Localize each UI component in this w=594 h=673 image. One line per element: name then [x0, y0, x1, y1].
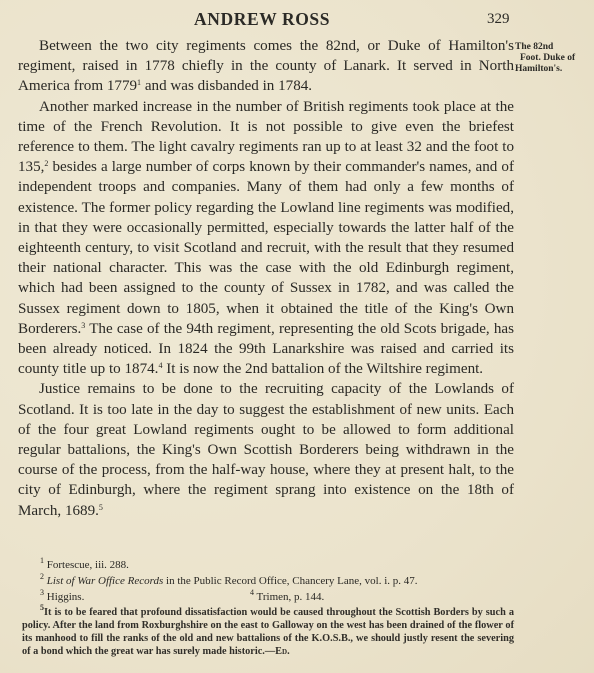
footnote-text: Higgins.: [44, 591, 84, 603]
body-text: Between the two city regiments comes the…: [18, 36, 514, 521]
footnote-3: 3 Higgins.: [40, 589, 84, 605]
footnote-text: in the Public Record Office, Chancery La…: [163, 575, 417, 587]
paragraph: Justice remains to be done to the recrui…: [18, 379, 514, 520]
footnote-text: Trimen, p. 144.: [254, 591, 324, 603]
footnote-row-3-4: 3 Higgins. 4 Trimen, p. 144.: [22, 589, 514, 605]
text-run: and was disbanded in 1784.: [141, 78, 312, 94]
footnote-1: 1 Fortescue, iii. 288.: [22, 557, 514, 573]
paragraph: Another marked increase in the number of…: [18, 97, 514, 380]
footnotes: 1 Fortescue, iii. 288. 2 List of War Off…: [22, 557, 514, 658]
footnote-text: It is to be feared that profound dissati…: [22, 607, 514, 657]
text-run: Justice remains to be done to the recrui…: [18, 381, 514, 518]
running-head-title: ANDREW ROSS: [194, 9, 330, 30]
page-number: 329: [487, 11, 510, 28]
running-head: ANDREW ROSS 329: [0, 6, 594, 30]
editor-signature: Ed.: [275, 646, 290, 657]
footnote-ref[interactable]: 5: [99, 503, 103, 512]
footnote-4: 4 Trimen, p. 144.: [250, 589, 324, 605]
margin-note-line: Hamilton's.: [515, 64, 593, 75]
footnote-2: 2 List of War Office Records in the Publ…: [22, 573, 514, 589]
paragraph: Between the two city regiments comes the…: [18, 36, 514, 97]
margin-note: The 82nd Foot. Duke of Hamilton's.: [515, 42, 593, 75]
text-run: It is now the 2nd battalion of the Wilts…: [162, 361, 483, 377]
margin-note-line: The 82nd: [515, 42, 593, 53]
footnote-italic-title: List of War Office Records: [47, 575, 164, 587]
footnote-5: 5It is to be feared that profound dissat…: [22, 606, 514, 658]
footnote-text: Fortescue, iii. 288.: [44, 559, 129, 571]
footnote-mark: 2: [40, 572, 44, 581]
margin-note-line: Foot. Duke of: [515, 53, 593, 64]
text-run: besides a large number of corps known by…: [18, 159, 514, 337]
book-page: ANDREW ROSS 329 The 82nd Foot. Duke of H…: [0, 0, 594, 673]
